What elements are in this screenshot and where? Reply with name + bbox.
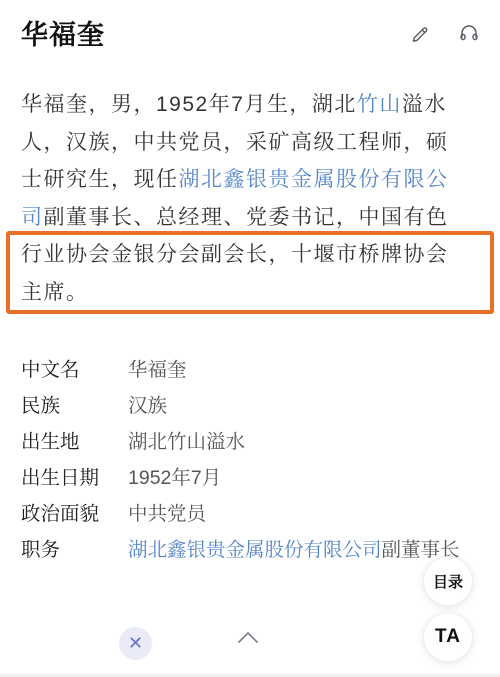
summary-line: 司副董事长、总经理、党委书记，中国有色 [21, 199, 483, 237]
infobox-row: 中文名 华福奎 [21, 352, 481, 388]
text-segment: 副董事长、总经理、党委书记，中国有色 [44, 206, 449, 229]
infobox-value: 1952年7月 [128, 460, 481, 496]
text-segment: 主席。 [21, 281, 89, 304]
header-actions [409, 22, 480, 44]
pencil-icon [410, 23, 431, 44]
infobox-label: 职务 [21, 532, 128, 568]
infobox-label: 政治面貌 [21, 496, 128, 532]
close-icon: ✕ [128, 633, 143, 654]
toc-label: 目录 [433, 571, 463, 592]
infobox-value: 华福奎 [128, 352, 481, 388]
text-segment: 华福奎，男，1952年7月生，湖北 [21, 93, 357, 116]
summary-line: 人，汉族，中共党员，采矿高级工程师，硕 [21, 124, 483, 162]
entity-link-company[interactable]: 司 [21, 206, 44, 229]
infobox-row: 出生地 湖北竹山溢水 [21, 424, 481, 460]
infobox-value: 湖北鑫银贵金属股份有限公司副董事长 [128, 532, 481, 568]
page-title: 华福奎 [21, 13, 105, 52]
collapse-button[interactable] [236, 629, 260, 645]
edit-button[interactable] [409, 22, 431, 44]
text-segment: 行业协会金银分会副会长，十堰市桥牌协会 [21, 243, 449, 266]
chevron-up-icon [237, 631, 259, 644]
entity-link-company[interactable]: 湖北鑫银贵金属股份有限公司 [128, 539, 382, 561]
infobox-value: 汉族 [128, 388, 481, 424]
infobox-label: 中文名 [21, 352, 128, 388]
infobox-label: 出生日期 [21, 460, 128, 496]
summary-line: 士研究生，现任湖北鑫银贵金属股份有限公 [21, 161, 483, 199]
toc-floating-button[interactable]: 目录 [423, 556, 473, 606]
infobox-row: 职务 湖北鑫银贵金属股份有限公司副董事长 [21, 532, 481, 568]
baike-entry-page: 华福奎 华福奎，男，1952年7月生，湖北竹山溢水 人，汉族，中共党员，采矿高级… [0, 0, 500, 677]
infobox: 中文名 华福奎 民族 汉族 出生地 湖北竹山溢水 出生日期 1952年7月 政治… [21, 352, 481, 568]
text-segment: 人，汉族，中共党员，采矿高级工程师，硕 [21, 131, 449, 154]
infobox-row: 民族 汉族 [21, 388, 481, 424]
entity-link-zhushan[interactable]: 竹山 [357, 93, 402, 116]
infobox-label: 民族 [21, 388, 128, 424]
headphones-icon [458, 22, 480, 44]
close-button[interactable]: ✕ [119, 627, 152, 660]
text-segment: 士研究生，现任 [21, 168, 179, 191]
infobox-row: 出生日期 1952年7月 [21, 460, 481, 496]
summary-line: 主席。 [21, 274, 483, 312]
infobox-row: 政治面貌 中共党员 [21, 496, 481, 532]
ta-floating-button[interactable]: TA [423, 612, 473, 662]
infobox-value: 湖北竹山溢水 [128, 424, 481, 460]
ta-label: TA [435, 626, 461, 648]
summary-paragraph: 华福奎，男，1952年7月生，湖北竹山溢水 人，汉族，中共党员，采矿高级工程师，… [21, 86, 483, 311]
listen-button[interactable] [458, 22, 480, 44]
summary-line: 华福奎，男，1952年7月生，湖北竹山溢水 [21, 86, 483, 124]
text-segment: 溢水 [402, 93, 447, 116]
infobox-label: 出生地 [21, 424, 128, 460]
entity-link-company[interactable]: 湖北鑫银贵金属股份有限公 [179, 168, 449, 191]
summary-line: 行业协会金银分会副会长，十堰市桥牌协会 [21, 236, 483, 274]
infobox-value: 中共党员 [128, 496, 481, 532]
